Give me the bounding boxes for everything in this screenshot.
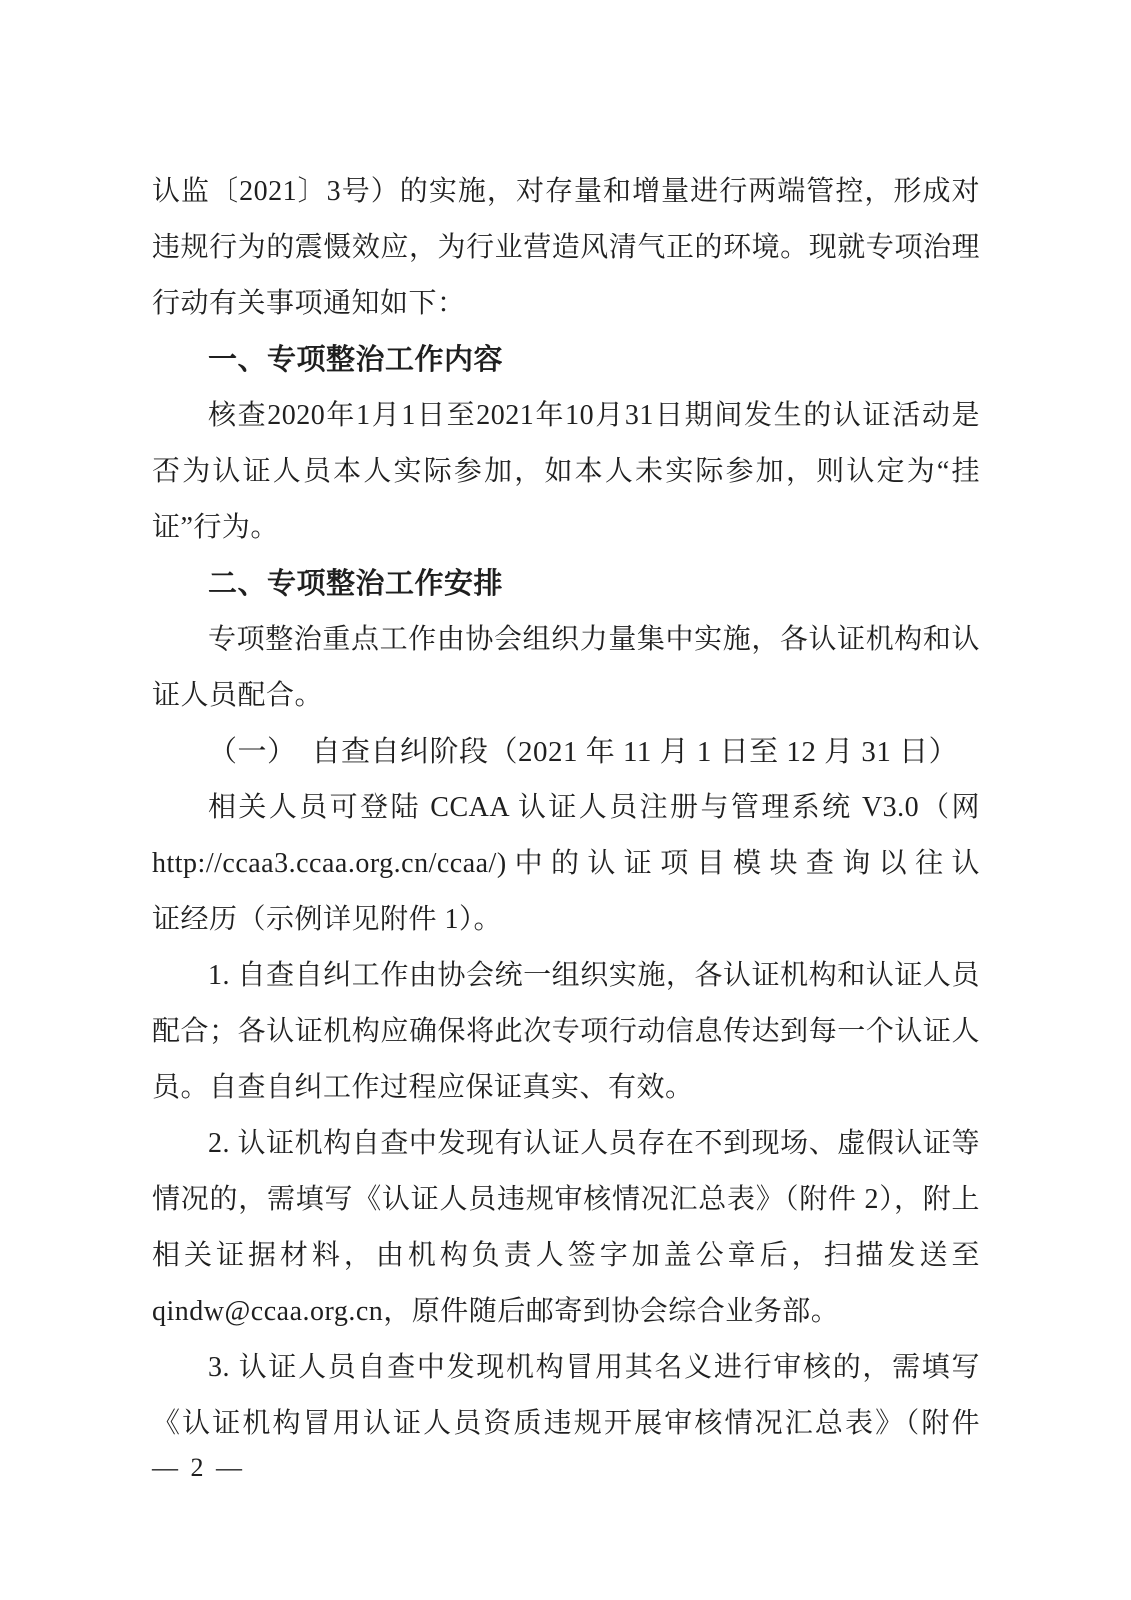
- document-line: 核查2020年1月1日至2021年10月31日期间发生的认证活动是: [152, 388, 980, 444]
- document-line: 情况的，需填写《认证人员违规审核情况汇总表》（附件 2），附上: [152, 1172, 980, 1228]
- document-line: 一、专项整治工作内容: [152, 332, 980, 388]
- document-body: 认监〔2021〕3号）的实施，对存量和增量进行两端管控，形成对违规行为的震慑效应…: [152, 164, 980, 1452]
- document-line: 《认证机构冒用认证人员资质违规开展审核情况汇总表》（附件: [152, 1396, 980, 1452]
- document-line: 二、专项整治工作安排: [152, 556, 980, 612]
- document-line: 3. 认证人员自查中发现机构冒用其名义进行审核的，需填写: [152, 1340, 980, 1396]
- document-line: 相关人员可登陆 CCAA 认证人员注册与管理系统 V3.0（网址：: [152, 780, 980, 836]
- document-line: 相关证据材料，由机构负责人签字加盖公章后，扫描发送至: [152, 1228, 980, 1284]
- document-line: 2. 认证机构自查中发现有认证人员存在不到现场、虚假认证等: [152, 1116, 980, 1172]
- document-page: 认监〔2021〕3号）的实施，对存量和增量进行两端管控，形成对违规行为的震慑效应…: [0, 0, 1131, 1600]
- document-line: qindw@ccaa.org.cn，原件随后邮寄到协会综合业务部。: [152, 1284, 980, 1340]
- document-line: 1. 自查自纠工作由协会统一组织实施，各认证机构和认证人员: [152, 948, 980, 1004]
- document-line: 专项整治重点工作由协会组织力量集中实施，各认证机构和认: [152, 612, 980, 668]
- document-line: 否为认证人员本人实际参加，如本人未实际参加，则认定为“挂: [152, 444, 980, 500]
- document-line: 违规行为的震慑效应，为行业营造风清气正的环境。现就专项治理: [152, 220, 980, 276]
- document-line: 证人员配合。: [152, 668, 980, 724]
- document-line: 行动有关事项通知如下：: [152, 276, 980, 332]
- document-line: 认监〔2021〕3号）的实施，对存量和增量进行两端管控，形成对: [152, 164, 980, 220]
- document-line: 证经历（示例详见附件 1）。: [152, 892, 980, 948]
- document-line: 员。自查自纠工作过程应保证真实、有效。: [152, 1060, 980, 1116]
- document-line: 配合；各认证机构应确保将此次专项行动信息传达到每一个认证人: [152, 1004, 980, 1060]
- page-number: — 2 —: [152, 1448, 245, 1488]
- document-line: （一） 自查自纠阶段（2021 年 11 月 1 日至 12 月 31 日）: [152, 724, 980, 780]
- document-line: http://ccaa3.ccaa.org.cn/ccaa/)中的认证项目模块查…: [152, 836, 980, 892]
- document-line: 证”行为。: [152, 500, 980, 556]
